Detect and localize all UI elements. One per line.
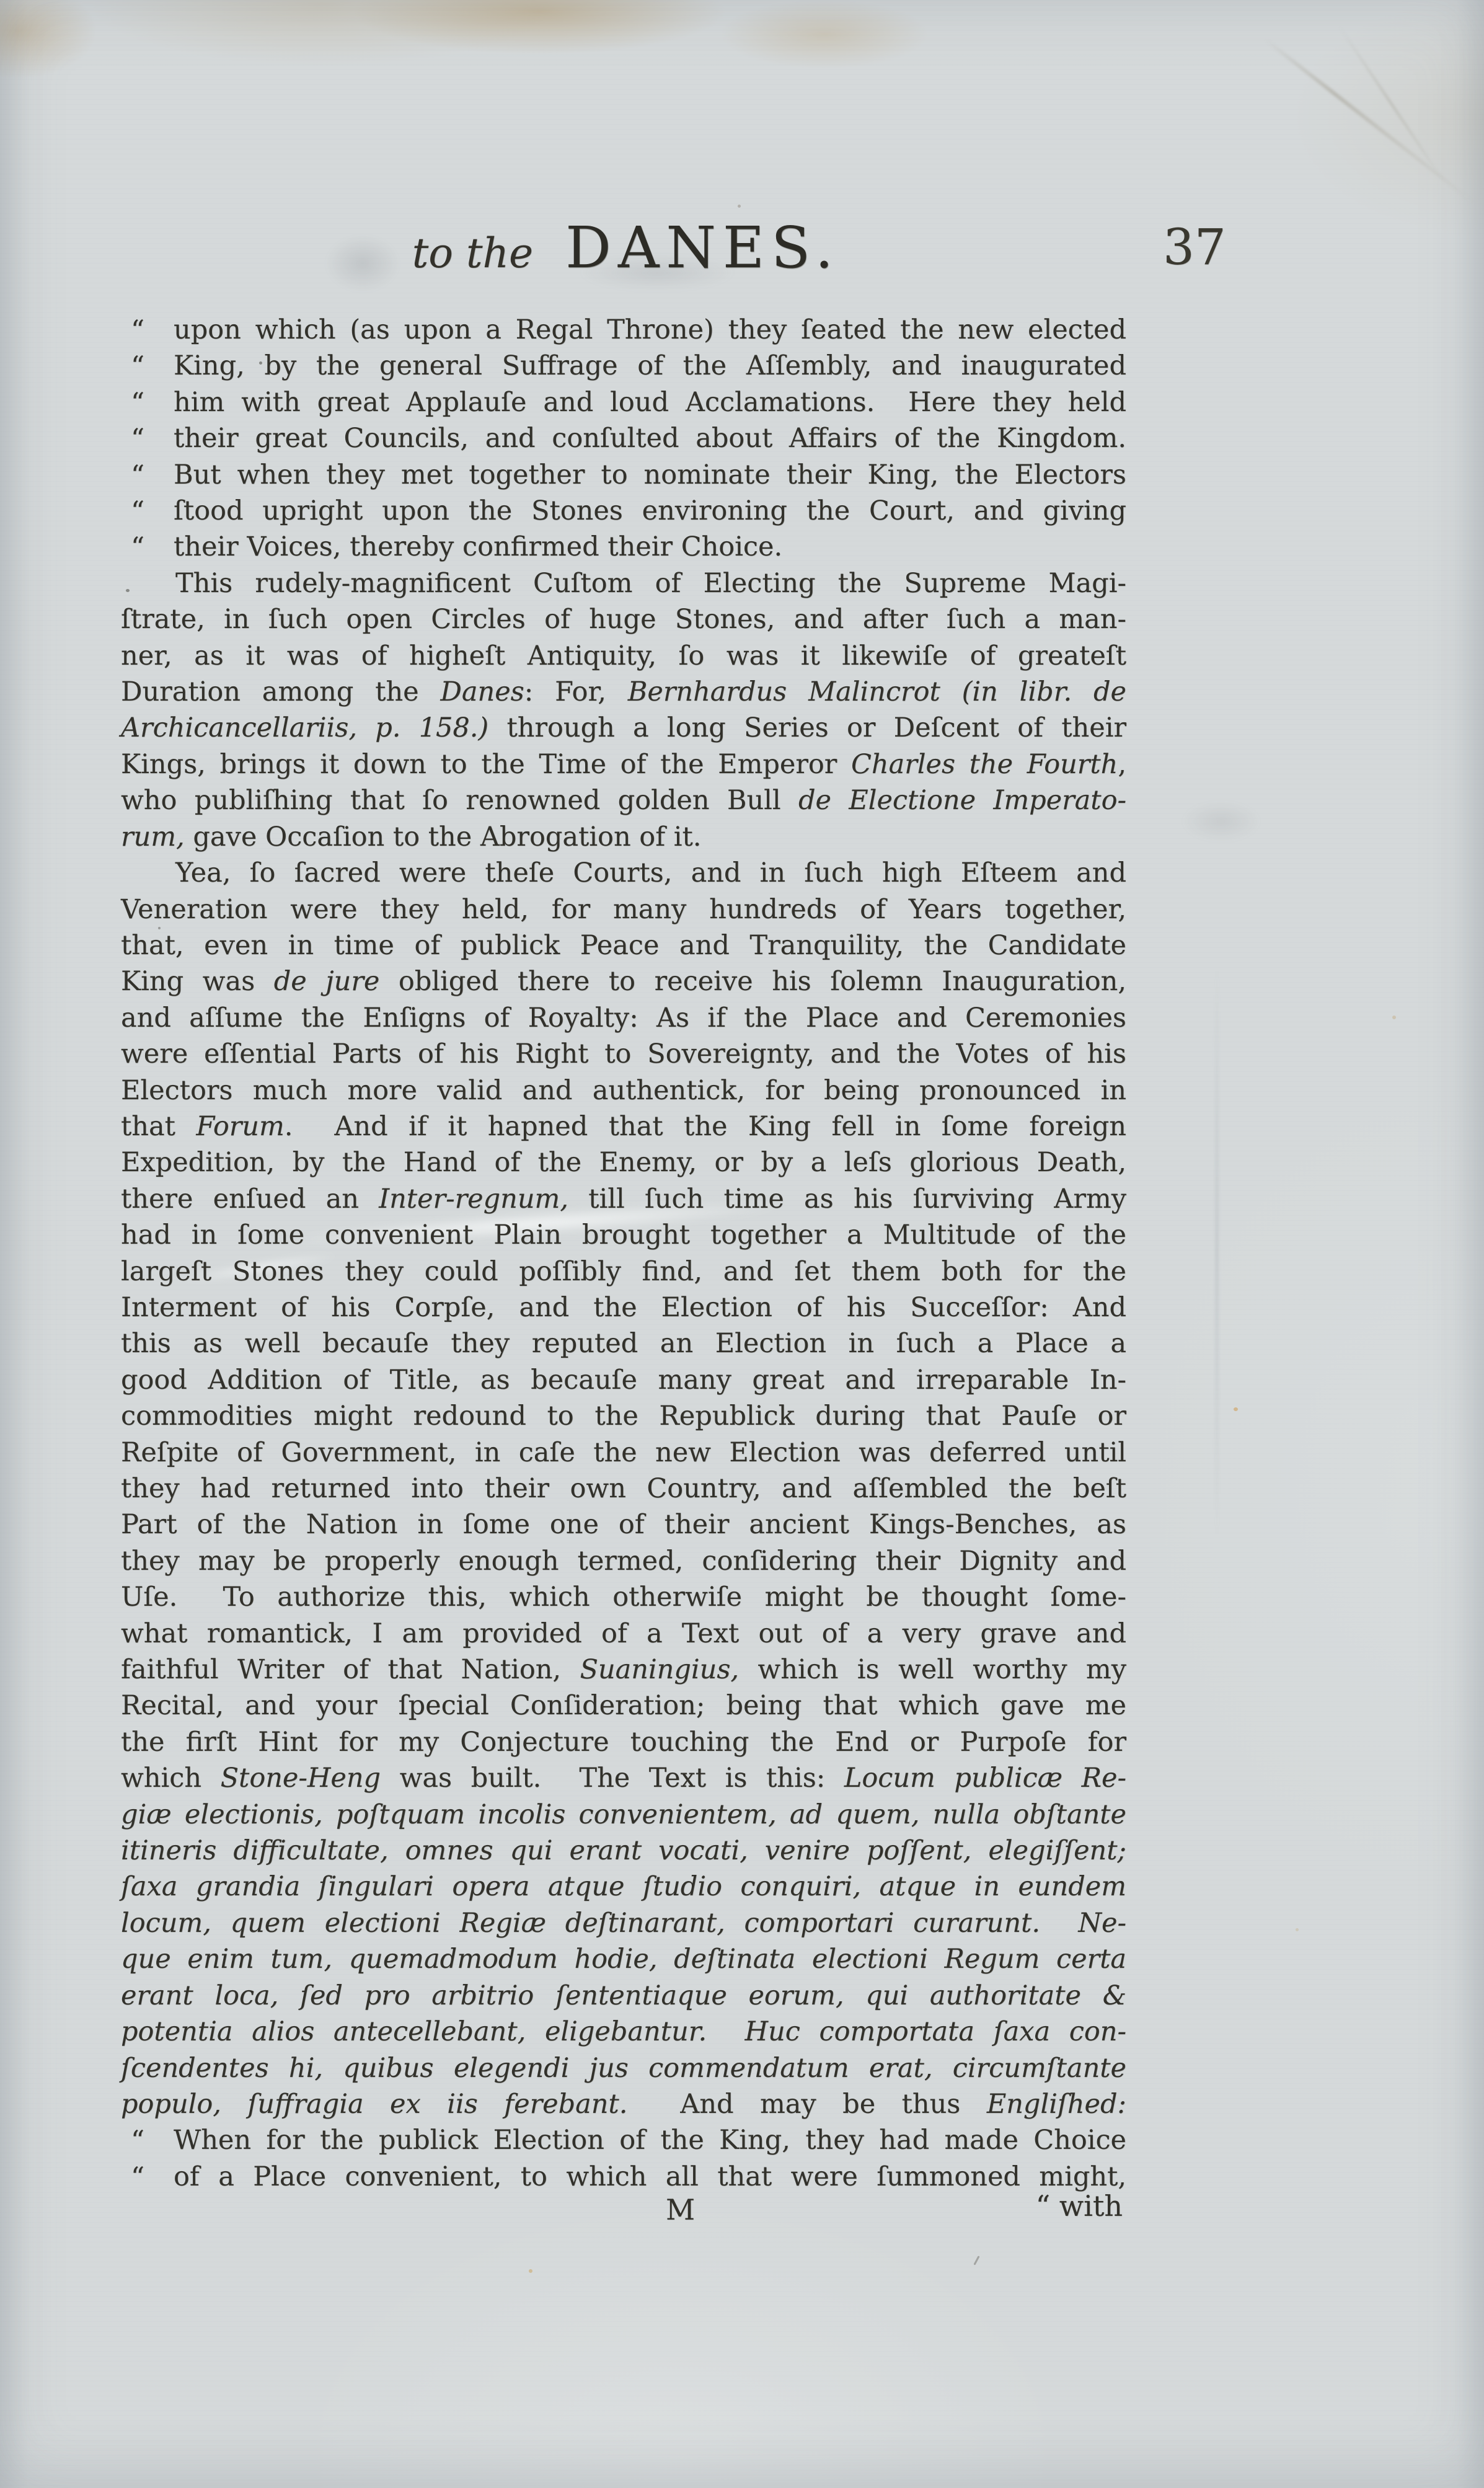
text-segment: And may be thus (627, 2089, 986, 2120)
text-segment: populo, ſuffragia ex iis ferebant. (121, 2089, 627, 2120)
text-line: who publiſhing that ſo renowned golden B… (121, 782, 1126, 818)
paper-fleck (1234, 1407, 1238, 1411)
text-line: rum, gave Occaſion to the Abrogation of … (121, 819, 1126, 855)
text-line: and aſſume the Enſigns of Royalty: As if… (121, 1000, 1126, 1036)
signature-mark: M (666, 2193, 695, 2226)
book-page-scan: to the DANES. 37 “upon which (as upon a … (0, 0, 1484, 2488)
text-line: Reſpite of Government, in caſe the new E… (121, 1435, 1126, 1471)
text-line: there enſued an Inter-regnum, till ſuch … (121, 1181, 1126, 1217)
text-segment: were eſſential Parts of his Right to Sov… (121, 1038, 1126, 1069)
text-line: this as well becauſe they reputed an Ele… (121, 1326, 1126, 1361)
text-segment: ſtrate, in ſuch open Circles of huge Sto… (121, 604, 1126, 635)
text-segment: the firſt Hint for my Conjecture touchin… (121, 1727, 1126, 1758)
text-line: “him with great Applauſe and loud Acclam… (121, 384, 1126, 420)
text-line: Yea, ſo ſacred were theſe Courts, and in… (121, 855, 1126, 891)
text-line: Interment of his Corpſe, and the Electio… (121, 1290, 1126, 1326)
quote-mark: “ (131, 348, 146, 384)
text-segment: Kings, brings it down to the Time of the… (121, 749, 851, 780)
text-line: which Stone-Heng was built. The Text is … (121, 1760, 1126, 1796)
text-line: Archicancellariis, p. 158.) through a lo… (121, 710, 1126, 746)
text-segment: . And if it hapned that the King fell in… (285, 1111, 1126, 1142)
text-segment: But when they met together to nominate t… (174, 459, 1126, 490)
text-segment: ſaxa grandia ſingulari opera atque ſtudi… (121, 1871, 1126, 1902)
paper-crease (1215, 967, 1219, 1538)
text-segment: they had returned into their own Country… (121, 1473, 1126, 1504)
paper-fleck (1296, 1928, 1299, 1931)
text-segment: gave Occaſion to the Abrogation of it. (185, 821, 702, 852)
text-segment: Yea, ſo ſacred were theſe Courts, and in… (175, 857, 1126, 888)
text-segment: which is well worthy my (739, 1654, 1126, 1685)
text-line: que enim tum, quemadmodum hodie, deſtina… (121, 1941, 1126, 1977)
text-line: that, even in time of publick Peace and … (121, 927, 1126, 963)
text-segment: ſtood upright upon the Stones environing… (174, 495, 1126, 526)
ink-speck (738, 205, 741, 208)
text-segment: that, even in time of publick Peace and … (121, 930, 1126, 961)
text-line: “their great Councils, and conſulted abo… (121, 420, 1126, 456)
text-segment: Reſpite of Government, in caſe the new E… (121, 1437, 1126, 1468)
text-line: the firſt Hint for my Conjecture touchin… (121, 1724, 1126, 1760)
text-segment: rum, (121, 821, 185, 852)
text-segment: had in ſome convenient Plain brought tog… (121, 1220, 1126, 1251)
text-segment: Locum publicæ Re- (844, 1763, 1126, 1794)
quoted-paragraph: “When for the publick Election of the Ki… (121, 2122, 1126, 2195)
text-line: “of a Place convenient, to which all tha… (121, 2159, 1126, 2195)
text-line: Veneration were they held, for many hund… (121, 892, 1126, 927)
text-line: that Forum. And if it hapned that the Ki… (121, 1109, 1126, 1144)
quote-mark: “ (131, 2123, 146, 2159)
text-segment: till ſuch time as his ſurviving Army (568, 1184, 1126, 1215)
text-segment: of a Place convenient, to which all that… (174, 2161, 1126, 2192)
text-line: This rudely-magnificent Cuſtom of Electi… (121, 565, 1126, 601)
text-line: were eſſential Parts of his Right to Sov… (121, 1036, 1126, 1072)
text-line: they may be properly enough termed, conſ… (121, 1543, 1126, 1579)
text-line: Uſe. To authorize this, which otherwiſe … (121, 1579, 1126, 1615)
text-segment: they may be properly enough termed, conſ… (121, 1546, 1126, 1577)
text-segment: Archicancellariis, p. 158.) (121, 712, 488, 743)
text-segment: largeſt Stones they could poſſibly find,… (121, 1256, 1126, 1287)
paper-crease (1263, 38, 1476, 205)
text-segment: Suaningius, (580, 1654, 739, 1685)
text-segment: upon which (as upon a Regal Throne) they… (174, 314, 1126, 345)
text-line: King was de jure obliged there to receiv… (121, 963, 1126, 999)
text-line: populo, ſuffragia ex iis ferebant. And m… (121, 2086, 1126, 2122)
text-segment: and aſſume the Enſigns of Royalty: As if… (121, 1003, 1126, 1034)
running-header: to the DANES. (123, 215, 1129, 281)
text-segment: erant loca, ſed pro arbitrio ſententiaqu… (121, 1980, 1126, 2011)
text-line: Part of the Nation in ſome one of their … (121, 1507, 1126, 1543)
quote-mark: “ (131, 529, 146, 565)
text-line: erant loca, ſed pro arbitrio ſententiaqu… (121, 1978, 1126, 2014)
text-segment: This rudely-magnificent Cuſtom of Electi… (175, 568, 1126, 599)
running-header-lead: to the (412, 229, 533, 277)
text-segment: good Addition of Title, as becauſe many … (121, 1365, 1126, 1396)
text-segment: Bernhardus Malincrot (in libr. de (628, 676, 1126, 707)
running-header-title: DANES. (565, 215, 840, 281)
text-segment: Charles the Fourth (851, 749, 1118, 780)
text-line: they had returned into their own Country… (121, 1471, 1126, 1507)
text-line: potentia alios antecellebant, eligebantu… (121, 2014, 1126, 2050)
text-segment: When for the publick Election of the Kin… (174, 2125, 1126, 2156)
paper-fleck (529, 2269, 532, 2273)
text-segment: through a long Series or Deſcent of thei… (488, 712, 1126, 743)
text-line: ner, as it was of higheſt Antiquity, ſo … (121, 638, 1126, 674)
text-segment: there enſued an (121, 1184, 379, 1215)
text-line: Kings, brings it down to the Time of the… (121, 746, 1126, 782)
text-line: itineris difficultate, omnes qui erant v… (121, 1833, 1126, 1869)
text-line: “King, by the general Suffrage of the Aſ… (121, 348, 1126, 384)
text-segment: was built. The Text is this: (381, 1763, 844, 1794)
paragraph: Yea, ſo ſacred were theſe Courts, and in… (121, 855, 1126, 2122)
text-line: Expedition, by the Hand of the Enemy, or… (121, 1144, 1126, 1180)
text-segment: locum, quem electioni Regiæ deſtinarant,… (121, 1908, 1126, 1939)
text-segment: : For, (524, 676, 628, 707)
text-line: Recital, and your ſpecial Conſideration;… (121, 1688, 1126, 1724)
text-segment: Forum (196, 1111, 284, 1142)
page-number: 37 (1163, 218, 1226, 276)
quote-mark: “ (131, 458, 146, 494)
paragraph: This rudely-magnificent Cuſtom of Electi… (121, 565, 1126, 855)
text-segment: commodities might redound to the Republi… (121, 1401, 1126, 1432)
catchword: “ with (1036, 2189, 1123, 2223)
text-segment: Veneration were they held, for many hund… (121, 894, 1126, 925)
text-segment: their Voices, thereby confirmed their Ch… (174, 531, 782, 562)
text-segment: ſcendentes hi, quibus elegendi jus comme… (121, 2053, 1126, 2084)
text-segment: Danes (440, 676, 524, 707)
body-text: “upon which (as upon a Regal Throne) the… (121, 312, 1126, 2195)
text-segment: Expedition, by the Hand of the Enemy, or… (121, 1147, 1126, 1178)
text-segment: Electors much more valid and authentick,… (121, 1075, 1126, 1106)
text-line: largeſt Stones they could poſſibly find,… (121, 1254, 1126, 1290)
signature-row: M “ with (121, 2193, 1126, 2230)
text-segment: him with great Applauſe and loud Acclama… (174, 387, 1126, 418)
text-segment: their great Councils, and conſulted abou… (174, 423, 1126, 454)
paper-crease (1338, 25, 1444, 181)
text-line: Duration among the Danes: For, Bernhardu… (121, 674, 1126, 710)
text-line: had in ſome convenient Plain brought tog… (121, 1217, 1126, 1253)
text-segment: Interment of his Corpſe, and the Electio… (121, 1292, 1126, 1323)
quote-mark: “ (131, 494, 146, 529)
text-segment: King, by the general Suffrage of the Aſſ… (174, 350, 1126, 381)
text-segment: faithful Writer of that Nation, (121, 1654, 580, 1685)
paper-fleck (1392, 1016, 1396, 1019)
text-line: “their Voices, thereby confirmed their C… (121, 529, 1126, 565)
text-segment: de jure (274, 966, 380, 997)
quote-mark: “ (131, 385, 146, 421)
text-segment: Inter-regnum, (379, 1184, 568, 1215)
paper-fiber (973, 2256, 979, 2265)
text-segment: Uſe. To authorize this, which otherwiſe … (121, 1582, 1126, 1613)
text-line: “But when they met together to nominate … (121, 457, 1126, 493)
text-segment: Part of the Nation in ſome one of their … (121, 1509, 1126, 1540)
text-line: ſcendentes hi, quibus elegendi jus comme… (121, 2050, 1126, 2086)
text-segment: que enim tum, quemadmodum hodie, deſtina… (121, 1944, 1126, 1975)
text-segment: which (121, 1763, 221, 1794)
quote-mark: “ (131, 2159, 146, 2195)
text-segment: who publiſhing that ſo renowned golden B… (121, 785, 798, 816)
text-line: “When for the publick Election of the Ki… (121, 2122, 1126, 2158)
text-segment: obliged there to receive his ſolemn Inau… (379, 966, 1126, 997)
text-segment: itineris difficultate, omnes qui erant v… (121, 1835, 1126, 1866)
text-segment: what romantick, I am provided of a Text … (121, 1618, 1126, 1649)
text-line: “upon which (as upon a Regal Throne) the… (121, 312, 1126, 348)
quote-mark: “ (131, 312, 146, 348)
text-segment: Stone-Heng (221, 1763, 381, 1794)
text-segment: ner, as it was of higheſt Antiquity, ſo … (121, 640, 1126, 671)
bleedthrough-smudge (1165, 794, 1277, 849)
quote-mark: “ (131, 421, 146, 457)
text-line: commodities might redound to the Republi… (121, 1398, 1126, 1434)
text-segment: that (121, 1111, 196, 1142)
text-segment: potentia alios antecellebant, eligebantu… (121, 2016, 1126, 2047)
text-line: what romantick, I am provided of a Text … (121, 1616, 1126, 1652)
text-segment: , (1118, 749, 1126, 780)
text-line: giæ electionis, poſtquam incolis conveni… (121, 1797, 1126, 1833)
text-line: ſtrate, in ſuch open Circles of huge Sto… (121, 601, 1126, 637)
text-segment: Duration among the (121, 676, 440, 707)
text-line: Electors much more valid and authentick,… (121, 1073, 1126, 1109)
text-line: good Addition of Title, as becauſe many … (121, 1362, 1126, 1398)
text-line: faithful Writer of that Nation, Suaningi… (121, 1652, 1126, 1688)
text-segment: de Electione Imperato- (798, 785, 1126, 816)
text-segment: Engliſhed: (987, 2089, 1126, 2120)
text-segment: Recital, and your ſpecial Conſideration;… (121, 1690, 1126, 1721)
quoted-paragraph: “upon which (as upon a Regal Throne) the… (121, 312, 1126, 565)
text-segment: King was (121, 966, 274, 997)
text-segment: giæ electionis, poſtquam incolis conveni… (121, 1799, 1126, 1830)
text-segment: this as well becauſe they reputed an Ele… (121, 1328, 1126, 1359)
text-line: “ſtood upright upon the Stones environin… (121, 493, 1126, 529)
text-line: locum, quem electioni Regiæ deſtinarant,… (121, 1905, 1126, 1941)
text-line: ſaxa grandia ſingulari opera atque ſtudi… (121, 1869, 1126, 1905)
